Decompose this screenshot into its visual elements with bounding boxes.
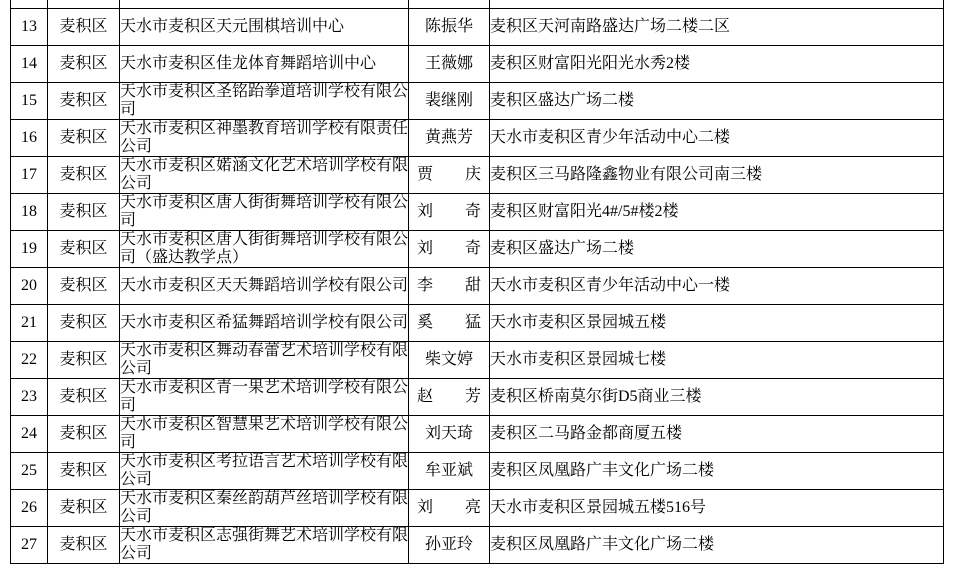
row-number-cell: 14: [11, 46, 48, 83]
contact-person-cell: 裴继刚: [409, 83, 490, 120]
document-page: 13麦积区天水市麦积区天元围棋培训中心陈振华麦积区天河南路盛达广场二楼二区14麦…: [0, 0, 955, 586]
registry-table: 13麦积区天水市麦积区天元围棋培训中心陈振华麦积区天河南路盛达广场二楼二区14麦…: [10, 0, 944, 564]
address-cell: 麦积区财富阳光4#/5#楼2楼: [490, 194, 944, 231]
table-row: 16麦积区天水市麦积区神墨教育培训学校有限责任公司黄燕芳天水市麦积区青少年活动中…: [11, 120, 944, 157]
institution-name-cell: 天水市麦积区佳龙体育舞蹈培训中心: [120, 46, 409, 83]
address-cell: 麦积区财富阳光阳光水秀2楼: [490, 46, 944, 83]
district-cell: 麦积区: [48, 46, 120, 83]
institution-name-cell: 天水市麦积区舞动春蕾艺术培训学校有限公司: [120, 342, 409, 379]
institution-name-cell: 天水市麦积区希猛舞蹈培训学校有限公司: [120, 305, 409, 342]
table-row: 17麦积区天水市麦积区婼涵文化艺术培训学校有限公司贾 庆麦积区三马路隆鑫物业有限…: [11, 157, 944, 194]
institution-name-cell: 天水市麦积区神墨教育培训学校有限责任公司: [120, 120, 409, 157]
institution-name-cell: 天水市麦积区唐人街街舞培训学校有限公司（盛达教学点）: [120, 231, 409, 268]
table-row: 19麦积区天水市麦积区唐人街街舞培训学校有限公司（盛达教学点）刘 奇麦积区盛达广…: [11, 231, 944, 268]
row-number-cell: 17: [11, 157, 48, 194]
table-row: 13麦积区天水市麦积区天元围棋培训中心陈振华麦积区天河南路盛达广场二楼二区: [11, 9, 944, 46]
district-cell: 麦积区: [48, 342, 120, 379]
institution-name-cell: 天水市麦积区秦丝韵葫芦丝培训学校有限公司: [120, 490, 409, 527]
table-row: 25麦积区天水市麦积区考拉语言艺术培训学校有限公司牟亚斌麦积区凤凰路广丰文化广场…: [11, 453, 944, 490]
address-cell: 麦积区天河南路盛达广场二楼二区: [490, 9, 944, 46]
contact-person-cell: 牟亚斌: [409, 453, 490, 490]
district-cell: 麦积区: [48, 194, 120, 231]
row-number-cell: 16: [11, 120, 48, 157]
row-number-cell: 21: [11, 305, 48, 342]
contact-person-cell: 刘 奇: [409, 231, 490, 268]
institution-name-cell: 天水市麦积区青一果艺术培训学校有限公司: [120, 379, 409, 416]
institution-name-cell: 天水市麦积区考拉语言艺术培训学校有限公司: [120, 453, 409, 490]
address-cell: 天水市麦积区景园城五楼516号: [490, 490, 944, 527]
district-cell: 麦积区: [48, 305, 120, 342]
row-number-cell: 20: [11, 268, 48, 305]
table-row: 21麦积区天水市麦积区希猛舞蹈培训学校有限公司奚 猛天水市麦积区景园城五楼: [11, 305, 944, 342]
contact-person-cell: 赵 芳: [409, 379, 490, 416]
table-row: 23麦积区天水市麦积区青一果艺术培训学校有限公司赵 芳麦积区桥南莫尔街D5商业三…: [11, 379, 944, 416]
row-number-cell: 22: [11, 342, 48, 379]
table-row: 20麦积区天水市麦积区天天舞蹈培训学校有限公司李 甜天水市麦积区青少年活动中心一…: [11, 268, 944, 305]
row-number-cell: 13: [11, 9, 48, 46]
contact-person-cell: 刘 奇: [409, 194, 490, 231]
table-row: 14麦积区天水市麦积区佳龙体育舞蹈培训中心王薇娜麦积区财富阳光阳光水秀2楼: [11, 46, 944, 83]
institution-name-cell: 天水市麦积区婼涵文化艺术培训学校有限公司: [120, 157, 409, 194]
row-number-cell: 24: [11, 416, 48, 453]
table-row: 22麦积区天水市麦积区舞动春蕾艺术培训学校有限公司柴文婷天水市麦积区景园城七楼: [11, 342, 944, 379]
clipped-cell: [11, 0, 48, 9]
district-cell: 麦积区: [48, 379, 120, 416]
table-row: 15麦积区天水市麦积区圣铭跆拳道培训学校有限公司裴继刚麦积区盛达广场二楼: [11, 83, 944, 120]
clipped-row: [11, 0, 944, 9]
row-number-cell: 19: [11, 231, 48, 268]
district-cell: 麦积区: [48, 83, 120, 120]
table-row: 18麦积区天水市麦积区唐人街街舞培训学校有限公司刘 奇麦积区财富阳光4#/5#楼…: [11, 194, 944, 231]
district-cell: 麦积区: [48, 268, 120, 305]
table-row: 24麦积区天水市麦积区智慧果艺术培训学校有限公司刘天琦麦积区二马路金都商厦五楼: [11, 416, 944, 453]
district-cell: 麦积区: [48, 231, 120, 268]
contact-person-cell: 黄燕芳: [409, 120, 490, 157]
district-cell: 麦积区: [48, 416, 120, 453]
address-cell: 麦积区凤凰路广丰文化广场二楼: [490, 527, 944, 564]
institution-name-cell: 天水市麦积区唐人街街舞培训学校有限公司: [120, 194, 409, 231]
district-cell: 麦积区: [48, 453, 120, 490]
table-body: 13麦积区天水市麦积区天元围棋培训中心陈振华麦积区天河南路盛达广场二楼二区14麦…: [11, 0, 944, 564]
address-cell: 麦积区盛达广场二楼: [490, 231, 944, 268]
district-cell: 麦积区: [48, 9, 120, 46]
contact-person-cell: 柴文婷: [409, 342, 490, 379]
clipped-cell: [409, 0, 490, 9]
row-number-cell: 27: [11, 527, 48, 564]
institution-name-cell: 天水市麦积区天元围棋培训中心: [120, 9, 409, 46]
clipped-cell: [120, 0, 409, 9]
institution-name-cell: 天水市麦积区志强街舞艺术培训学校有限公司: [120, 527, 409, 564]
row-number-cell: 25: [11, 453, 48, 490]
row-number-cell: 15: [11, 83, 48, 120]
institution-name-cell: 天水市麦积区圣铭跆拳道培训学校有限公司: [120, 83, 409, 120]
contact-person-cell: 李 甜: [409, 268, 490, 305]
district-cell: 麦积区: [48, 527, 120, 564]
contact-person-cell: 贾 庆: [409, 157, 490, 194]
address-cell: 麦积区桥南莫尔街D5商业三楼: [490, 379, 944, 416]
address-cell: 麦积区三马路隆鑫物业有限公司南三楼: [490, 157, 944, 194]
address-cell: 天水市麦积区景园城七楼: [490, 342, 944, 379]
clipped-cell: [490, 0, 944, 9]
address-cell: 麦积区盛达广场二楼: [490, 83, 944, 120]
address-cell: 天水市麦积区景园城五楼: [490, 305, 944, 342]
contact-person-cell: 刘 亮: [409, 490, 490, 527]
contact-person-cell: 孙亚玲: [409, 527, 490, 564]
row-number-cell: 18: [11, 194, 48, 231]
address-cell: 麦积区二马路金都商厦五楼: [490, 416, 944, 453]
district-cell: 麦积区: [48, 490, 120, 527]
table-row: 26麦积区天水市麦积区秦丝韵葫芦丝培训学校有限公司刘 亮天水市麦积区景园城五楼5…: [11, 490, 944, 527]
contact-person-cell: 奚 猛: [409, 305, 490, 342]
contact-person-cell: 刘天琦: [409, 416, 490, 453]
row-number-cell: 26: [11, 490, 48, 527]
address-cell: 天水市麦积区青少年活动中心一楼: [490, 268, 944, 305]
clipped-cell: [48, 0, 120, 9]
institution-name-cell: 天水市麦积区天天舞蹈培训学校有限公司: [120, 268, 409, 305]
institution-name-cell: 天水市麦积区智慧果艺术培训学校有限公司: [120, 416, 409, 453]
district-cell: 麦积区: [48, 157, 120, 194]
row-number-cell: 23: [11, 379, 48, 416]
table-row: 27麦积区天水市麦积区志强街舞艺术培训学校有限公司孙亚玲麦积区凤凰路广丰文化广场…: [11, 527, 944, 564]
address-cell: 天水市麦积区青少年活动中心二楼: [490, 120, 944, 157]
address-cell: 麦积区凤凰路广丰文化广场二楼: [490, 453, 944, 490]
district-cell: 麦积区: [48, 120, 120, 157]
contact-person-cell: 陈振华: [409, 9, 490, 46]
contact-person-cell: 王薇娜: [409, 46, 490, 83]
